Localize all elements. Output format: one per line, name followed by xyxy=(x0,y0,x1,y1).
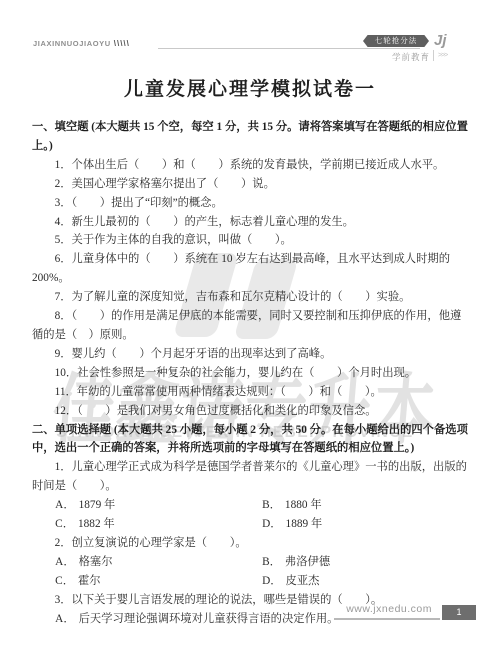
brand-logo-icon: Jj xyxy=(434,32,447,49)
option-label: D． xyxy=(262,575,281,587)
option-text: 弗洛伊德 xyxy=(285,556,330,568)
option-a: A．格塞尔 xyxy=(55,553,262,572)
website-url: www.jxnedu.com xyxy=(334,603,440,620)
fill-blank-item: 6．儿童身体中的（ ）系统在 10 岁左右达到最高峰，且水平达到成人时期的 20… xyxy=(32,250,469,288)
option-b: B．弗洛伊德 xyxy=(262,553,469,572)
option-label: A． xyxy=(55,499,74,511)
option-label: C． xyxy=(55,518,74,530)
section2-heading: 二、单项选择题 (本大题共 25 小题，每小题 2 分，共 50 分。在每小题给… xyxy=(32,421,469,459)
option-a: A．1879 年 xyxy=(55,496,262,515)
option-text: 1879 年 xyxy=(79,499,116,511)
fill-blank-item: 1．个体出生后（ ）和（ ）系统的发育最快，学前期已接近成人水平。 xyxy=(32,156,469,175)
brand-text: JIAXINNUOJIAOYU xyxy=(33,39,111,48)
option-label: B． xyxy=(262,556,281,568)
header-divider xyxy=(158,48,420,49)
fill-blank-item: 8．（ ）的作用是满足伊底的本能需要，同时又要控制和压抑伊底的作用，他遵循的是（… xyxy=(32,307,469,345)
brand-name: JIAXINNUOJIAOYU\\\\\ xyxy=(33,39,130,48)
fill-blank-item: 11．年幼的儿童常常使用两种情绪表达规则：（ ）和（ ）。 xyxy=(32,383,469,402)
option-text: 皮亚杰 xyxy=(286,575,320,587)
option-row: A．格塞尔 B．弗洛伊德 xyxy=(32,553,469,572)
option-label: A． xyxy=(55,556,74,568)
page-footer: www.jxnedu.com 1 xyxy=(0,603,476,620)
option-text: 1889 年 xyxy=(286,518,323,530)
fill-blank-item: 12．（ ）是我们对男女角色过度概括化和类化的印象及信念。 xyxy=(32,402,469,421)
fill-blank-item: 9．婴儿约（ ）个月起牙牙语的出现率达到了高峰。 xyxy=(32,345,469,364)
mc-question: 2．创立复演说的心理学家是（ ）。 xyxy=(32,534,469,553)
fill-blank-item: 5．关于作为主体的自我的意识，叫做（ ）。 xyxy=(32,231,469,250)
option-c: C．1882 年 xyxy=(55,515,262,534)
section1-heading: 一、填空题 (本大题共 15 个空，每空 1 分，共 15 分。请将答案填写在答… xyxy=(32,118,469,156)
option-text: 1880 年 xyxy=(285,499,322,511)
program-badge: 七轮抢分法 xyxy=(363,35,429,47)
option-c: C．霍尔 xyxy=(55,572,262,591)
option-label: B． xyxy=(262,499,281,511)
subject-label: 学前教育 xyxy=(0,51,430,63)
mc-question: 1．儿童心理学正式成为科学是德国学者普莱尔的《儿童心理》一书的出版，出版的时间是… xyxy=(32,458,469,496)
option-label: D． xyxy=(262,518,281,530)
chevrons-icon: >>> xyxy=(438,52,447,59)
brand-marks-icon: \\\\\ xyxy=(114,39,130,48)
fill-blank-item: 2．美国心理学家格塞尔提出了（ ）说。 xyxy=(32,175,469,194)
option-d: D．1889 年 xyxy=(262,515,469,534)
page-title: 儿童发展心理学模拟试卷一 xyxy=(0,74,500,101)
option-text: 霍尔 xyxy=(78,575,101,587)
fill-blank-item: 10．社会性参照是一种复杂的社会能力，婴儿约在（ ）个月时出现。 xyxy=(32,364,469,383)
option-text: 格塞尔 xyxy=(79,556,113,568)
option-row: A．1879 年 B．1880 年 xyxy=(32,496,469,515)
option-label: C． xyxy=(55,575,74,587)
page-number-badge: 1 xyxy=(442,605,476,620)
exam-content: 一、填空题 (本大题共 15 个空，每空 1 分，共 15 分。请将答案填写在答… xyxy=(32,118,469,628)
option-b: B．1880 年 xyxy=(262,496,469,515)
fill-blank-item: 3．（ ）提出了“印刻”的概念。 xyxy=(32,194,469,213)
subtitle-divider xyxy=(433,50,434,61)
exam-paper-page: 佳鑫诺专升本 STANDARD SETTER IN HEBEI PROVINCE… xyxy=(0,0,500,666)
fill-blank-item: 4．新生儿最初的（ ）的产生，标志着儿童心理的发生。 xyxy=(32,213,469,232)
option-d: D．皮亚杰 xyxy=(262,572,469,591)
page-header: JIAXINNUOJIAOYU\\\\\ 七轮抢分法 Jj 学前教育 >>> xyxy=(0,30,500,70)
option-row: C．霍尔 D．皮亚杰 xyxy=(32,572,469,591)
option-text: 1882 年 xyxy=(78,518,115,530)
fill-blank-item: 7．为了解儿童的深度知觉，吉布森和瓦尔克精心设计的（ ）实验。 xyxy=(32,288,469,307)
option-row: C．1882 年 D．1889 年 xyxy=(32,515,469,534)
